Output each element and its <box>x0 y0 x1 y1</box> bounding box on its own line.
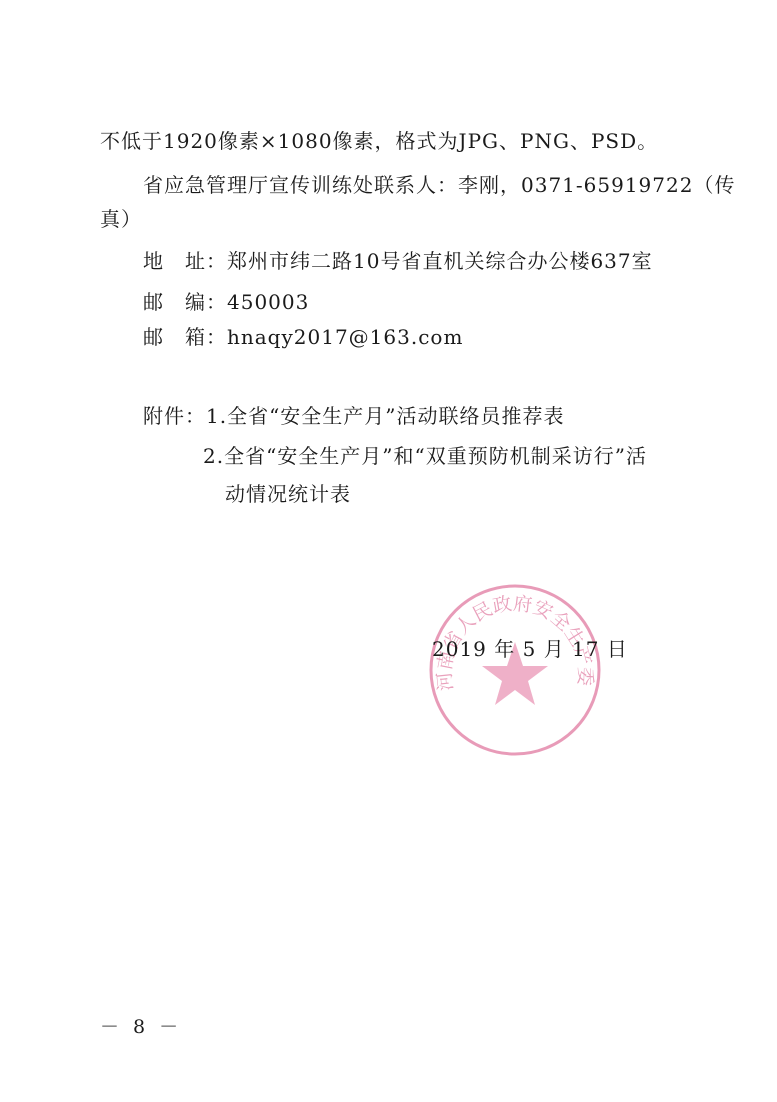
postcode-value: 450003 <box>227 290 309 314</box>
email-row: 邮 箱：hnaqy2017@163.com <box>143 324 463 350</box>
attachment-item-2-cont: 动情况统计表 <box>225 481 351 507</box>
address-value: 郑州市纬二路10号省直机关综合办公楼637室 <box>227 249 653 273</box>
email-label: 邮 箱： <box>143 325 227 349</box>
postcode-label: 邮 编： <box>143 290 227 314</box>
signature-date: 2019 年 5 月 17 日 <box>432 636 628 662</box>
address-row: 地 址：郑州市纬二路10号省直机关综合办公楼637室 <box>143 248 653 274</box>
attachment-item-1: 附件：1.全省“安全生产月”活动联络员推荐表 <box>143 403 565 429</box>
body-line-2: 省应急管理厅宣传训练处联系人：李刚，0371-65919722（传 <box>143 172 735 198</box>
body-line-1: 不低于1920像素×1080像素，格式为JPG、PNG、PSD。 <box>100 128 658 154</box>
email-value: hnaqy2017@163.com <box>227 325 463 349</box>
page-number: － 8 － <box>100 1012 182 1039</box>
body-line-3: 真） <box>100 206 142 232</box>
attachment-item-2: 2.全省“安全生产月”和“双重预防机制采访行”活 <box>203 443 647 469</box>
postcode-row: 邮 编：450003 <box>143 289 309 315</box>
attachments-label: 附件： <box>143 404 206 428</box>
address-label: 地 址： <box>143 249 227 273</box>
official-seal-icon: 河南省人民政府安全生产委员会办公室 <box>425 580 605 760</box>
